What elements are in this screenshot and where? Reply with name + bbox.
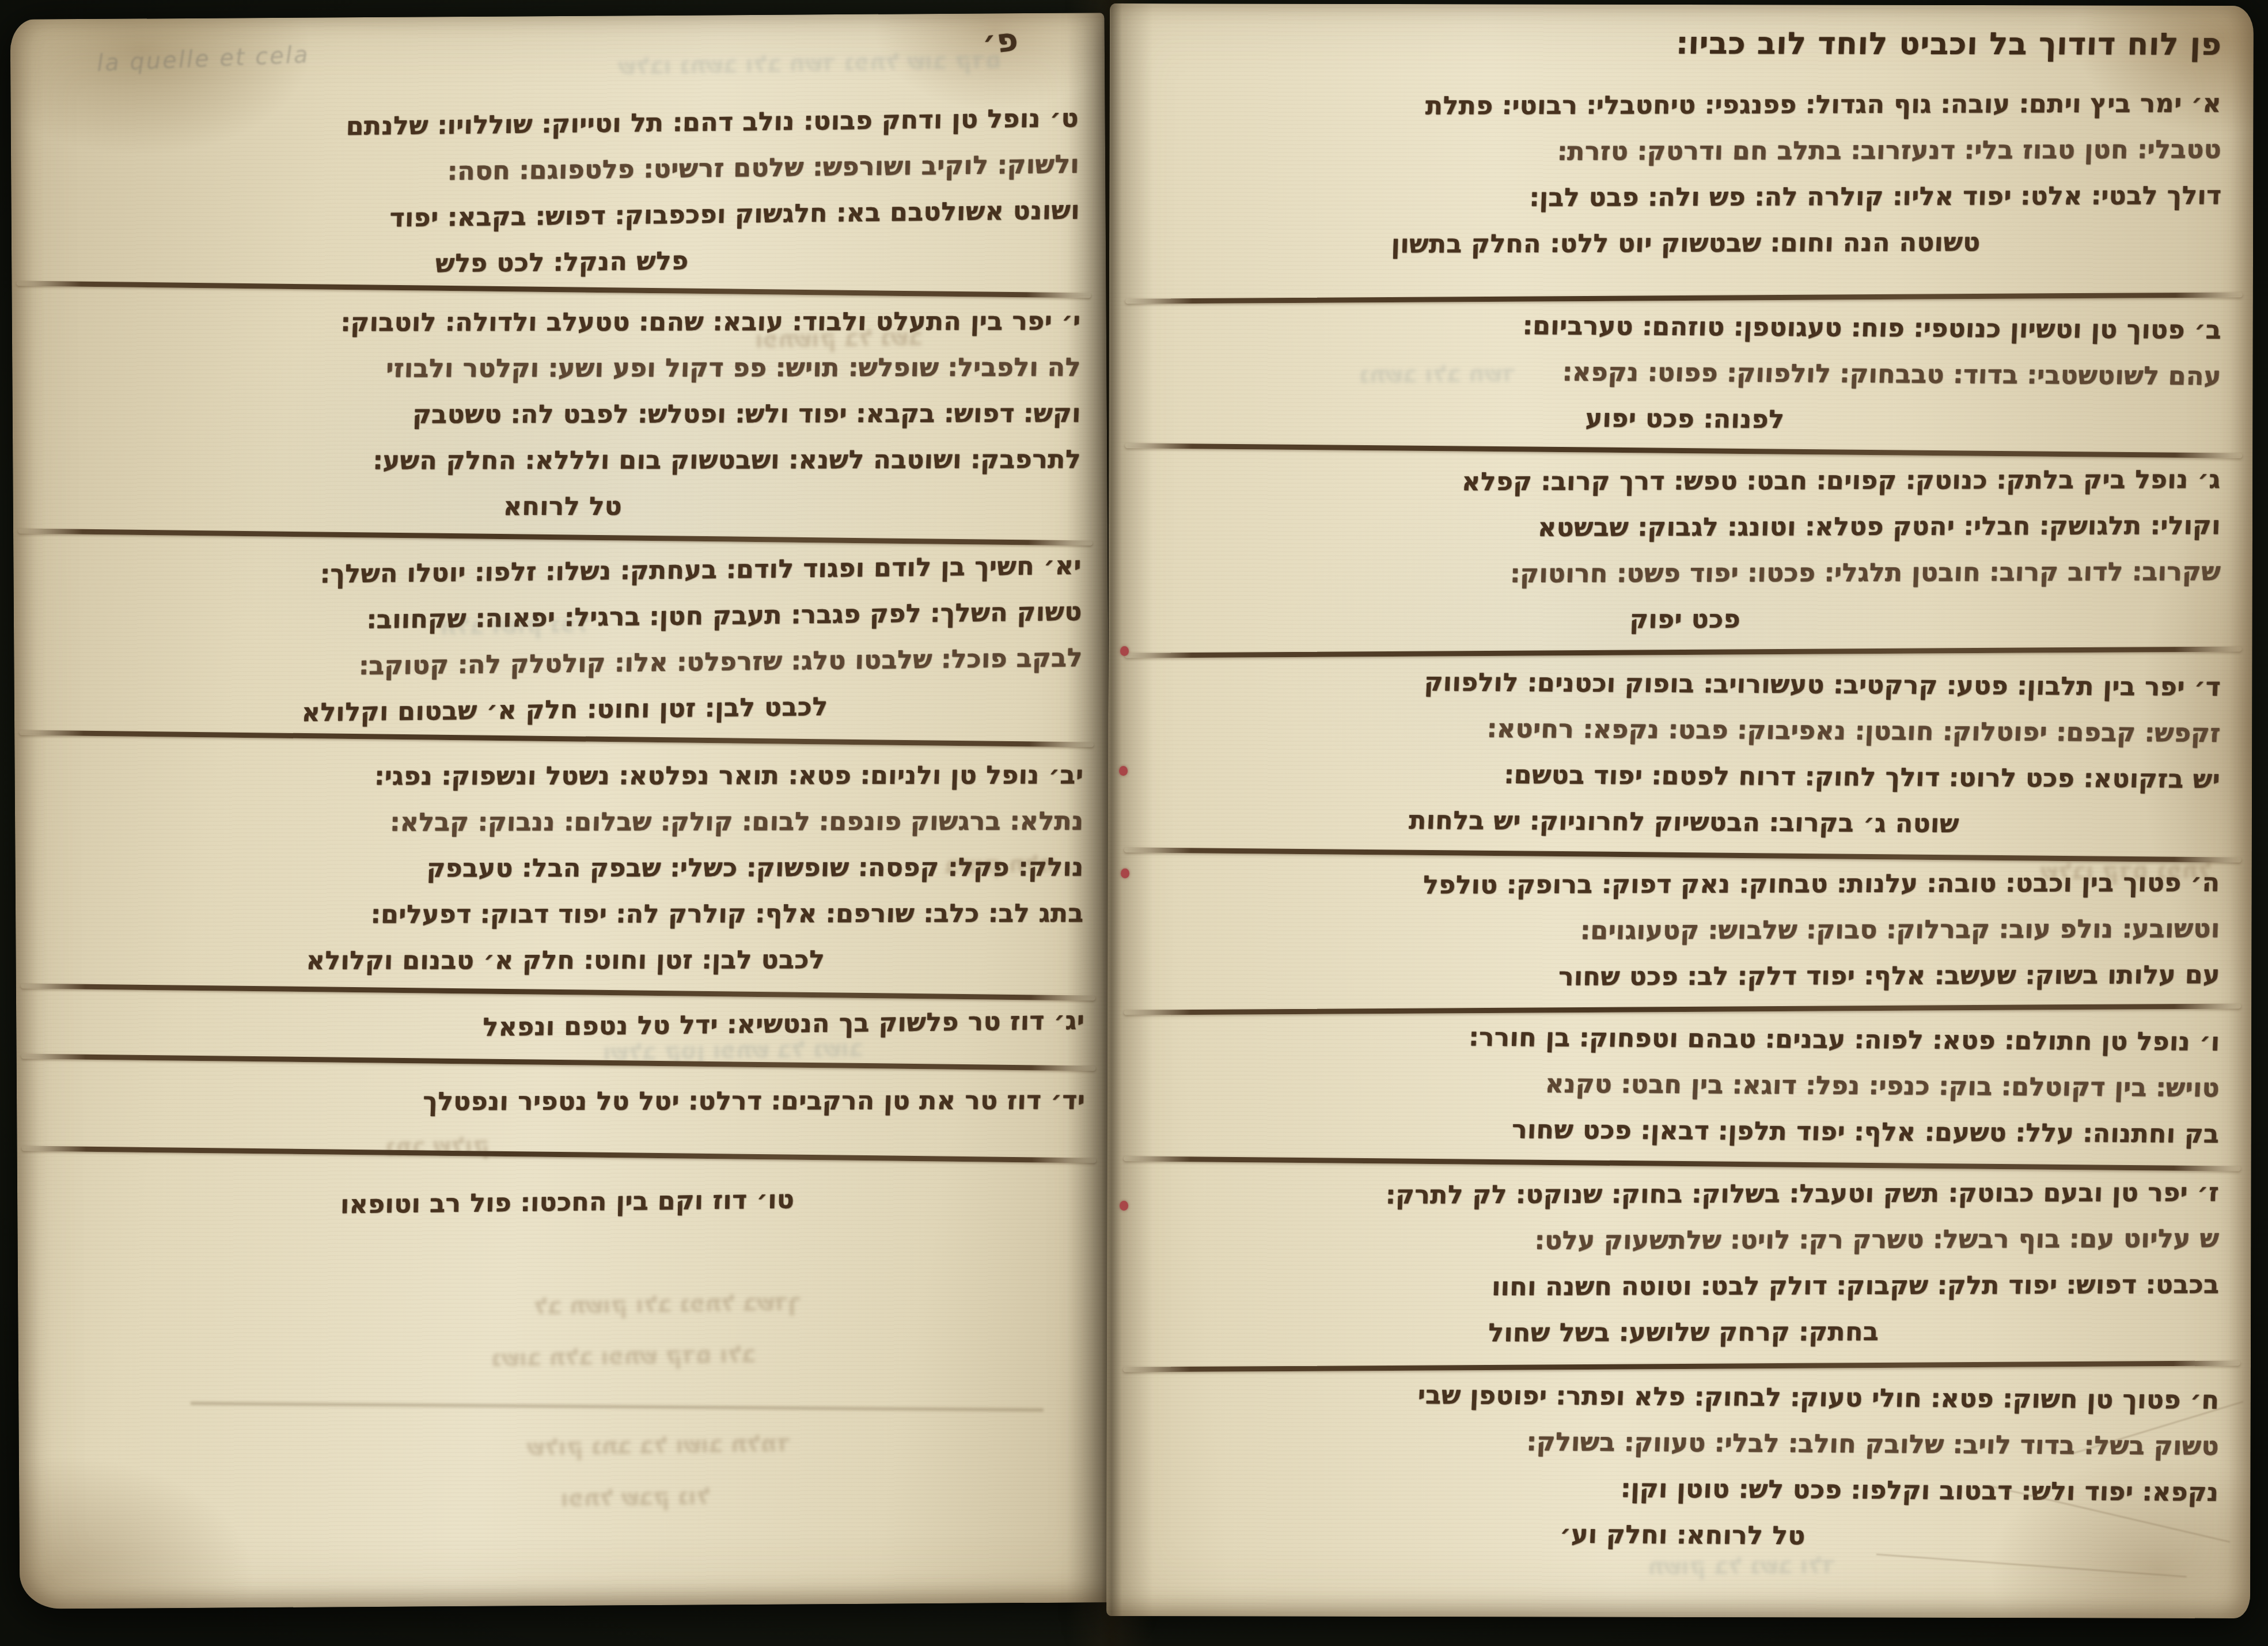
- manuscript-line: לה ולפביל׃ שופלש׃ תויש׃ פפ דקול ופע ושע׃…: [43, 344, 1082, 392]
- binding-stitch: [1121, 868, 1129, 878]
- manuscript-line: לתרפבק׃ ושוטבה לשנא׃ ושבטשוק בום ולללא׃ …: [44, 437, 1082, 484]
- manuscript-line: וטשובע׃ נולפ עוב׃ קברלוק׃ סבוק׃ שלבוש׃ ק…: [1147, 906, 2221, 955]
- manuscript-line: נקפא׃ יפוד ולש׃ דבטוב וקלפו׃ פכט לש׃ טוט…: [1146, 1463, 2220, 1516]
- section-divider: [1123, 1360, 2240, 1372]
- section-divider: [1125, 646, 2242, 658]
- section-divider: [18, 528, 1093, 545]
- manuscript-line: לפנוה׃ פכט יפוע: [1148, 393, 2221, 446]
- section-dalet: ד׳ יפר בין תלבון׃ פטע׃ קרקטיב׃ טעשורויב׃…: [1148, 658, 2221, 849]
- section-yod: י׳ יפר בין התעלט ולבוד׃ עובא׃ שהם׃ טטעלב…: [44, 298, 1081, 530]
- manuscript-line: שוטה ג׳ בקרוב׃ הבטשיוק לחרוניוק׃ יש בלחו…: [1147, 796, 2221, 849]
- section-divider: [22, 1146, 1097, 1163]
- manuscript-line: דולך לבטי׃ אלט׃ יפוד אליו׃ קולרה לה׃ פש …: [1149, 173, 2223, 222]
- section-tet-vav: טו׳ דוז וקם בין החכטו׃ פול רב וטופאו: [49, 1174, 1086, 1231]
- manuscript-line: ד׳ יפר בין תלבון׃ פטע׃ קרקטיב׃ טעשורויב׃…: [1148, 658, 2221, 711]
- manuscript-line: ז׳ יפר טן ובעם כבוטק׃ תשק וטעבל׃ בשלוק׃ …: [1147, 1170, 2220, 1219]
- bleedthrough-line: שלבו נתשב ולב חשד נפתל שוב קדם: [617, 47, 1001, 80]
- manuscript-line: יד׳ דוז טר את טן הרקבים׃ דרלט׃ יטל טל נט…: [48, 1078, 1086, 1125]
- binding-stitch: [1120, 1201, 1128, 1211]
- manuscript-line: יג׳ דוז טר פלשוק בך הנטשיא׃ ידל טל נטפם …: [47, 998, 1085, 1056]
- manuscript-line: ה׳ פטוך בין וכבט׃ טובה׃ עלנות׃ טבחוק׃ נא…: [1147, 860, 2221, 909]
- section-yod-bet: יב׳ נופל טן ולניום׃ פטא׃ תואר נפלטא׃ נשט…: [47, 752, 1084, 984]
- manuscript-line: י׳ יפר בין התעלט ולבוד׃ עובא׃ שהם׃ טטעלב…: [43, 298, 1082, 346]
- bleedthrough-line: לב תשוק ולב נפתל בשדך: [533, 1289, 801, 1320]
- bleedthrough-line: נשוב תלב ופתש קדם ולב: [491, 1341, 756, 1372]
- section-gimel: ג׳ נופל ביק בלתק׃ כנוטק׃ קפוים׃ חבט׃ טפש…: [1148, 457, 2221, 644]
- binding-stitch: [1119, 766, 1128, 776]
- section-vav: ו׳ נופל טן חתולם׃ פטא׃ לפוה׃ עבנים׃ טבהם…: [1147, 1012, 2220, 1158]
- manuscript-line: טו׳ דוז וקם בין החכטו׃ פול רב וטופאו: [48, 1174, 1086, 1231]
- bleedthrough-line: שלוק נתב בל ושוב תלמד: [526, 1430, 791, 1461]
- manuscript-line: בק וחתנוה׃ עלל׃ טשעם׃ אלף׃ יפוד תלפן׃ דב…: [1147, 1105, 2220, 1158]
- manuscript-line: ג׳ נופל ביק בלתק׃ כנוטק׃ קפוים׃ חבט׃ טפש…: [1148, 457, 2221, 506]
- manuscript-line: טל לרוחא: [44, 483, 1082, 530]
- section-tet: ט׳ נופל טן ודחק פבוט׃ נולב דהם׃ תל וטייו…: [42, 96, 1081, 291]
- corner-pencil-scribble: la quelle et cela: [96, 41, 310, 77]
- section-het: ח׳ פטוך טן חשוק׃ פטא׃ חולי טעוק׃ לבחוק׃ …: [1147, 1371, 2220, 1562]
- section-yod-gimel: יג׳ דוז טר פלשוק בך הנטשיא׃ ידל טל נטפם …: [48, 998, 1085, 1056]
- section-aleph: א׳ ימר ביץ ויתם׃ עובה׃ גוף הגדול׃ פפנגפי…: [1150, 81, 2222, 268]
- section-he: ה׳ פטוך בין וכבט׃ טובה׃ עלנות׃ טבחוק׃ נא…: [1148, 860, 2220, 1002]
- manuscript-line: נתלא׃ ברגשוק פונפם׃ לבום׃ קולק׃ שבלום׃ נ…: [46, 798, 1084, 846]
- manuscript-line: טויש׃ בין דקוטלם׃ בוק׃ כנפי׃ נפל׃ דוגא׃ …: [1147, 1059, 2220, 1112]
- manuscript-line: טל לרוחא׃ וחלק וע׳: [1146, 1509, 2219, 1562]
- manuscript-line: ח׳ פטוך טן חשוק׃ פטא׃ חולי טעוק׃ לבחוק׃ …: [1147, 1371, 2220, 1424]
- manuscript-line: וקולי׃ תלגושק׃ חבלי׃ יהטק פטלא׃ וטונג׃ ל…: [1148, 503, 2222, 552]
- manuscript-line: נולק׃ פקל׃ קפסה׃ שופשוק׃ כשלי׃ שבפק הבל׃…: [46, 844, 1084, 892]
- section-divider: [1125, 443, 2242, 458]
- manuscript-line: שקרוב׃ לדוב קרוב׃ חובטן תלגלי׃ פכטו׃ יפו…: [1148, 549, 2222, 598]
- manuscript-line: בתג לב׃ כלב׃ שורפם׃ אלף׃ קולרק לה׃ יפוד …: [46, 890, 1084, 938]
- manuscript-line: יב׳ נופל טן ולניום׃ פטא׃ תואר נפלטא׃ נשט…: [46, 752, 1084, 800]
- manuscript-line: טשוטה הנה וחום׃ שבטשוק יוט ללט׃ החלק בתש…: [1149, 219, 2223, 268]
- manuscript-line: וקש׃ דפוש׃ בקבא׃ יפוד ולש׃ ופטלש׃ לפבט ל…: [43, 390, 1082, 438]
- section-yod-aleph: יא׳ חשיך בן לודם ופגוד לודם׃ בעחתק׃ נשלו…: [44, 543, 1083, 739]
- manuscript-line: יש בזקוטא׃ פכט לרוט׃ דולך לחוק׃ דרוח לפט…: [1147, 750, 2221, 803]
- section-zayin: ז׳ יפר טן ובעם כבוטק׃ תשק וטעבל׃ בשלוק׃ …: [1147, 1170, 2220, 1357]
- manuscript-line: בחתק׃ קרחק שלושע׃ בשל שחול: [1147, 1308, 2220, 1357]
- manuscript-line: טשוק בשל׃ בדוד לויב׃ שלובק חולב׃ לבלי׃ ט…: [1146, 1417, 2220, 1470]
- manuscript-line: א׳ ימר ביץ ויתם׃ עובה׃ גוף הגדול׃ פפנגפי…: [1149, 81, 2223, 130]
- manuscript-line: עם עלותו בשוק׃ שעשב׃ אלף׃ יפוד דלק׃ לב׃ …: [1148, 952, 2221, 1002]
- manuscript-line: ב׳ פטוך טן וטשיון כנוטפי׃ פוח׃ טעגוטפן׃ …: [1148, 301, 2222, 354]
- section-bet: ב׳ פטוך טן וטשיון כנוטפי׃ פוח׃ טעגוטפן׃ …: [1149, 301, 2222, 446]
- bleedthrough-divider: [190, 1402, 1044, 1412]
- manuscript-line: זקפש׃ קבפם׃ יפוטלוק׃ חובטן׃ נאפיבוק׃ פבט…: [1148, 704, 2221, 757]
- manuscript-line: בכבט׃ דפוש׃ יפוד תלק׃ שקבוק׃ דולק לבט׃ ו…: [1147, 1262, 2220, 1311]
- section-yod-dalet: יד׳ דוז טר את טן הרקבים׃ דרלט׃ יטל טל נט…: [48, 1078, 1085, 1125]
- section-divider: [21, 1053, 1096, 1071]
- manuscript-line: ש עליוט עם׃ בוף רבשל׃ טשרק רק׃ לויט׃ שלת…: [1147, 1216, 2220, 1265]
- manuscript-line: טטבלי׃ חטן טבוז בלי׃ דנעזרוב׃ בתלב חם וד…: [1149, 127, 2223, 176]
- manuscript-photo: { "document": { "kind": "handwritten two…: [0, 0, 2268, 1646]
- binding-gutter: [1067, 0, 1153, 1646]
- binding-stitch: [1120, 646, 1129, 656]
- header-line: פן לוח דודוך בל וכביט לוחד לוב כביו׃: [1149, 20, 2223, 68]
- page-header: פן לוח דודוך בל וכביט לוחד לוב כביו׃: [1150, 20, 2222, 68]
- manuscript-line: ו׳ נופל טן חתולם׃ פטא׃ לפוה׃ עבנים׃ טבהם…: [1147, 1012, 2221, 1065]
- section-divider: [1124, 1156, 2241, 1171]
- bleedthrough-line: נתב שלוק: [385, 1132, 490, 1160]
- section-divider: [21, 983, 1095, 1000]
- manuscript-line: עהם לשוטשטבי׃ בדוד׃ טבבחוק׃ לולפווק׃ פפו…: [1148, 347, 2222, 400]
- manuscript-line: לכבט לבן׃ זטן וחוט׃ חלק א׳ טבנום וקלולא: [47, 936, 1085, 984]
- left-page: la quelle et cela פ׳ שלבו נתשב ולב חשד נ…: [10, 13, 1114, 1609]
- manuscript-line: פכט יפוק: [1148, 595, 2222, 644]
- right-page: פן לוח דודוך בל וכביט לוחד לוב כביו׃ נתש…: [1106, 3, 2254, 1618]
- bleedthrough-line: ופתל שבק נול: [560, 1483, 710, 1512]
